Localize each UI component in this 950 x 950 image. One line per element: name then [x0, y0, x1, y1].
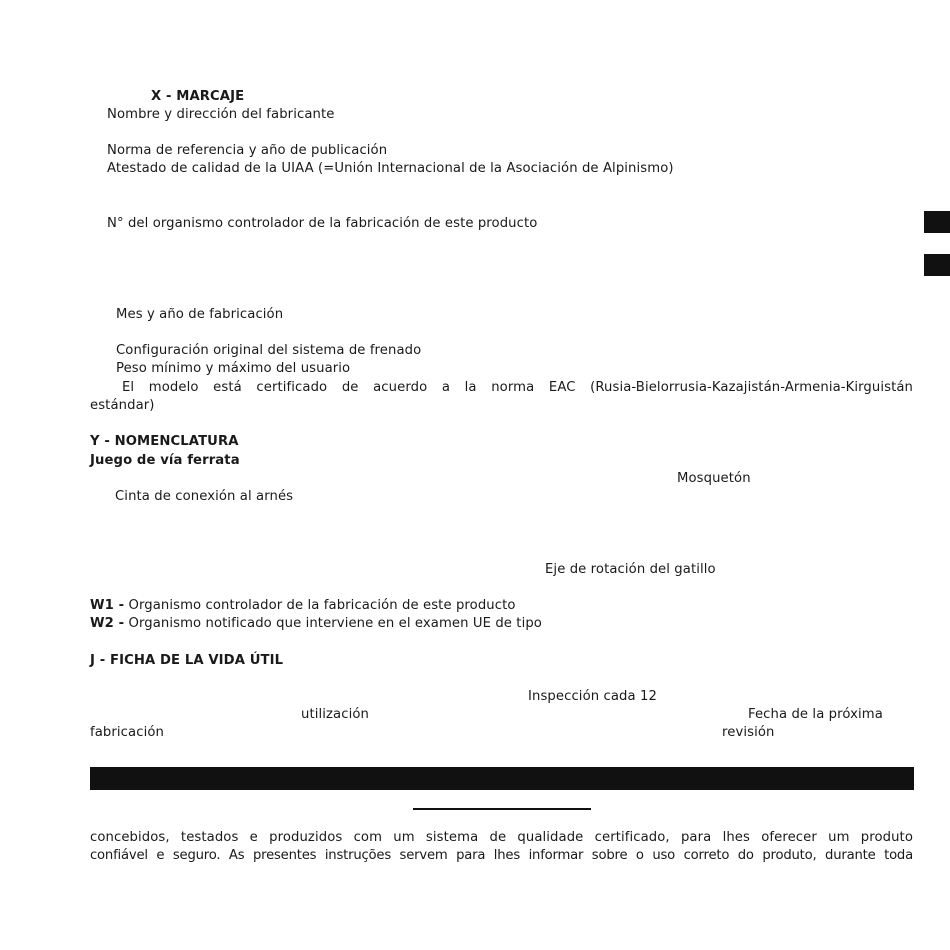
organism-w1: W1 - Organismo controlador de la fabrica… — [90, 597, 516, 615]
side-tab-marker — [924, 211, 950, 233]
ficha-heading: J - FICHA DE LA VIDA ÚTIL — [90, 652, 283, 670]
ficha-inspection: Inspección cada 12 — [528, 688, 657, 706]
side-tab-marker — [924, 254, 950, 276]
ficha-usage: utilización — [301, 706, 369, 724]
ficha-next-date: Fecha de la próxima — [748, 706, 883, 724]
organism-text: Organismo notificado que interviene en e… — [128, 616, 542, 631]
marcaje-item-manufacturer: Nombre y dirección del fabricante — [107, 106, 334, 124]
marcaje-item-brake-config: Configuración original del sistema de fr… — [116, 342, 421, 360]
organism-code: W1 - — [90, 598, 124, 613]
nomenclatura-heading: Y - NOMENCLATURA — [90, 433, 239, 451]
portuguese-line1: concebidos, testados e produzidos com um… — [90, 829, 913, 847]
label-carabiner: Mosquetón — [677, 470, 751, 488]
title-underline — [413, 808, 591, 810]
marcaje-heading: X - MARCAJE — [151, 88, 244, 106]
ficha-manufacture: fabricación — [90, 724, 164, 742]
portuguese-line2: confiável e seguro. As presentes instruç… — [90, 847, 913, 865]
label-harness-strap: Cinta de conexión al arnés — [115, 488, 293, 506]
marcaje-eac-line2: estándar) — [90, 397, 155, 415]
label-gate-axis: Eje de rotación del gatillo — [545, 561, 716, 579]
marcaje-eac-line1: El modelo está certificado de acuerdo a … — [90, 379, 913, 397]
marcaje-item-uiaa: Atestado de calidad de la UIAA (=Unión I… — [107, 160, 674, 178]
organism-w2: W2 - Organismo notificado que interviene… — [90, 615, 542, 633]
organism-text: Organismo controlador de la fabricación … — [128, 598, 515, 613]
ficha-next-date-cont: revisión — [722, 724, 774, 742]
marcaje-item-weight: Peso mínimo y máximo del usuario — [116, 360, 350, 378]
nomenclatura-subheading: Juego de vía ferrata — [90, 452, 240, 470]
marcaje-item-control-body: N° del organismo controlador de la fabri… — [107, 215, 537, 233]
marcaje-item-date: Mes y año de fabricación — [116, 306, 283, 324]
marcaje-item-standard: Norma de referencia y año de publicación — [107, 142, 387, 160]
section-band — [90, 767, 914, 790]
organism-code: W2 - — [90, 616, 124, 631]
